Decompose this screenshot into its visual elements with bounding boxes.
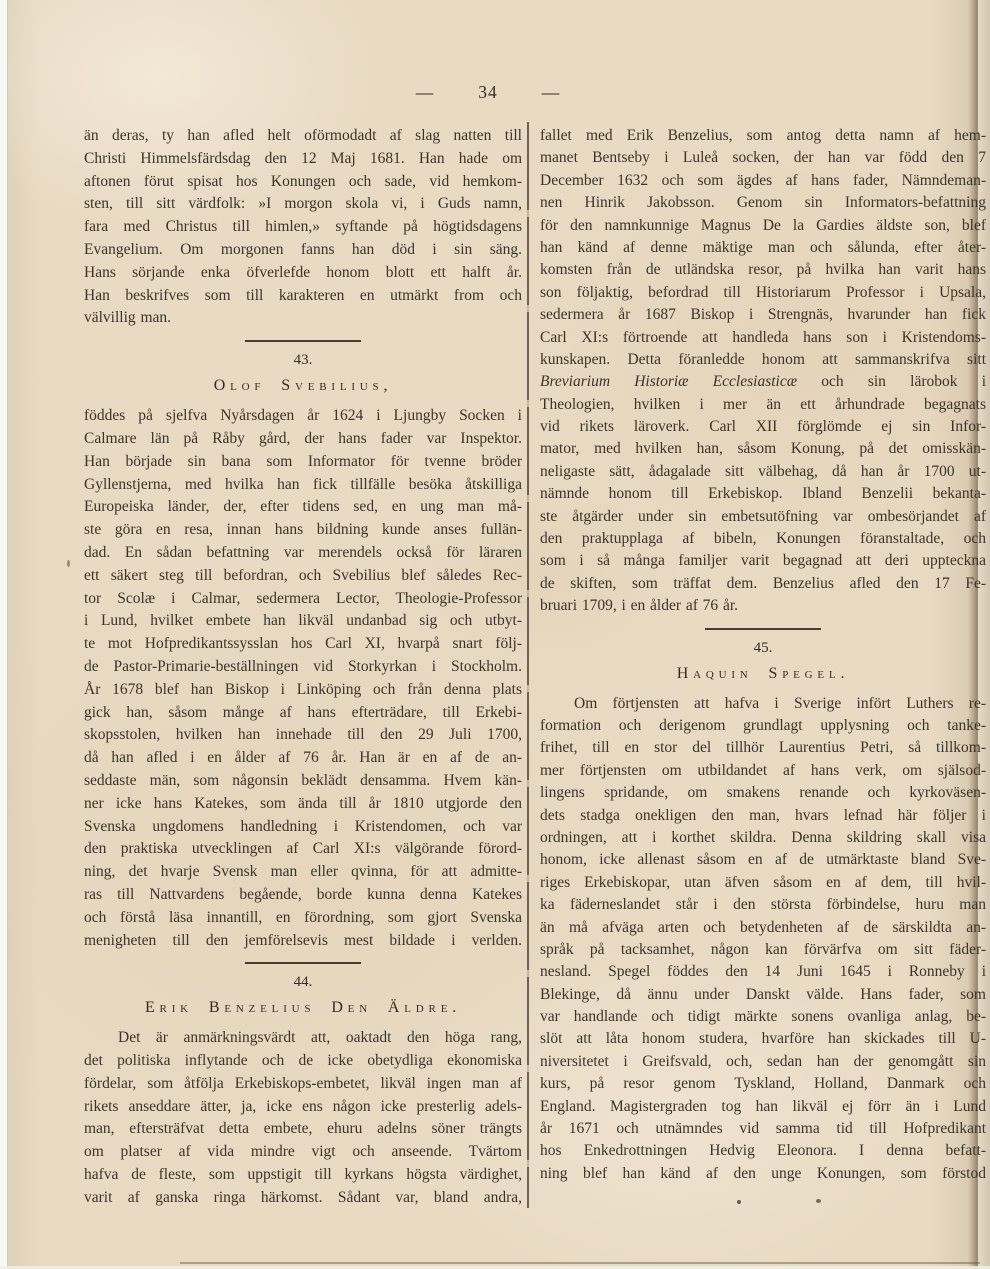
book-page-scan: — 34 — än deras, ty han afled helt oförm… xyxy=(0,0,990,1269)
text-line: Evangelium. Om morgonen fanns han död i … xyxy=(84,239,522,262)
text-line: dad. En sådan befattning var merendels o… xyxy=(84,542,522,565)
page-number: 34 xyxy=(478,82,498,103)
text-line: nen Hinrik Jakobsson. Genom sin Informat… xyxy=(540,192,986,214)
text-line: den praktiska utvecklingen af Carl XI:s … xyxy=(84,838,522,861)
text-line: sedermera år 1687 Biskop i Strengnäs, hv… xyxy=(540,304,986,326)
text-line: hafva de fleste, som uppstigit till kyrk… xyxy=(84,1164,522,1187)
text-line: neligaste sätt, ådagalade sitt välbehag,… xyxy=(540,461,986,483)
text-line: de Pastor-Primarie-beställningen vid Sto… xyxy=(84,656,522,679)
text-line: kurs, på resor genom Tyskland, Holland, … xyxy=(540,1073,986,1095)
text-line: ordningen, att i korthet skildra. Denna … xyxy=(540,827,986,849)
text-line: i Lund, hvilket embete han likväl undanb… xyxy=(84,610,522,633)
text-line: Christi Himmelsfärdsdag den 12 Maj 1681.… xyxy=(84,148,522,171)
paragraph: Det är anmärkningsvärdt att, oaktadt den… xyxy=(84,1027,522,1209)
paragraph: än deras, ty han afled helt oförmodadt a… xyxy=(84,125,522,330)
text-line: seddaste män, som någonsin beklädt densa… xyxy=(84,770,522,793)
scan-left-edge xyxy=(0,0,8,1269)
text-line: ste åtgärder under sin embetsutöfning va… xyxy=(540,506,986,528)
page-header-dash-right: — xyxy=(542,84,561,101)
text-line: fördelar, som åtfölja Erkebiskops-embete… xyxy=(84,1073,522,1096)
section-number: 44. xyxy=(84,972,522,992)
text-line: ras till Nattvardens begående, borde kun… xyxy=(84,884,522,907)
text-line: Blekinge, då ännu under Danskt välde. Ha… xyxy=(540,984,986,1006)
text-line: formation och derigenom grundlagt upplys… xyxy=(540,715,986,737)
text-line: han känd af denne mäktige man och sålund… xyxy=(540,237,986,259)
text-line: Om förtjensten att hafva i Sverige inför… xyxy=(540,693,986,715)
section-heading: Erik Benzelius Den Äldre. xyxy=(84,997,522,1018)
text-line: honom, icke allenast såsom en af de utmä… xyxy=(540,849,986,871)
section-number: 43. xyxy=(84,350,522,370)
text-line: hos Enkedrottningen Hedvig Eleonora. I d… xyxy=(540,1140,986,1162)
text-line: om platser af vida mindre vigt och ansee… xyxy=(84,1141,522,1164)
text-line: mer förtjensten om utbildandet af hans v… xyxy=(540,760,986,782)
text-line: skopsstolen, hvilken han innehade till d… xyxy=(84,724,522,747)
page-header-dash-left: — xyxy=(416,84,435,101)
section-number: 45. xyxy=(540,638,986,658)
text-line: Svenska ungdomens handledning i Kristend… xyxy=(84,816,522,839)
text-line: dets stadga onekligen den man, hvars lef… xyxy=(540,805,986,827)
text-line: Breviarium Historiæ Ecclesiasticæ och si… xyxy=(540,371,986,393)
section-divider-rule xyxy=(705,628,821,630)
text-line: man, eftersträfvat detta embete, ehuru a… xyxy=(84,1118,522,1141)
text-line: nesland. Spegel föddes den 14 Juni 1645 … xyxy=(540,961,986,983)
text-column-left: än deras, ty han afled helt oförmodadt a… xyxy=(84,125,522,1210)
paragraph: föddes på sjelfva Nyårsdagen år 1624 i L… xyxy=(84,405,522,952)
text-line: gick han, såsom månge af hans efterträda… xyxy=(84,702,522,725)
text-line: Carl XI:s förtroende att handleda hans s… xyxy=(540,327,986,349)
text-line: Han började sin bana som Informator för … xyxy=(84,451,522,474)
text-line: Han beskrifves som till karakteren en ut… xyxy=(84,285,522,308)
text-line: England. Magistergraden tog han likväl e… xyxy=(540,1096,986,1118)
text-line: Hans sörjande enka öfverlefde honom blot… xyxy=(84,262,522,285)
text-line: Europeiska länder, der, efter tidens sed… xyxy=(84,496,522,519)
text-line: föddes på sjelfva Nyårsdagen år 1624 i L… xyxy=(84,405,522,428)
text-line: frihet, till en stor del tillhör Laurent… xyxy=(540,737,986,759)
section-divider-rule xyxy=(245,340,361,342)
section-heading: Olof Svebilius, xyxy=(84,375,522,396)
text-line: lingens spridande, om smakens renande oc… xyxy=(540,782,986,804)
text-line: Theologien, hvilken i mer än ett århundr… xyxy=(540,394,986,416)
text-line: tor Scolæ i Calmar, sedermera Lector, Th… xyxy=(84,588,522,611)
text-line: vid rikets läroverk. Carl XII förglömde … xyxy=(540,416,986,438)
text-line: År 1678 blef han Biskop i Linköping och … xyxy=(84,679,522,702)
text-column-right: fallet med Erik Benzelius, som antog det… xyxy=(540,125,986,1185)
text-line: det politiska inflytande och de icke obe… xyxy=(84,1050,522,1073)
text-line: välvillig man. xyxy=(84,307,522,330)
text-line: var handlande och tidigt märkte sonens o… xyxy=(540,1006,986,1028)
text-line: bruari 1709, i en ålder af 76 år. xyxy=(540,595,986,617)
text-line: ste göra en resa, innan hans bildning ku… xyxy=(84,519,522,542)
text-line: än må afväga arten och betydenheten af d… xyxy=(540,917,986,939)
text-line: menigheten till den jemförelsevis mest b… xyxy=(84,930,522,953)
text-line: manet Bentseby i Luleå socken, der han v… xyxy=(540,147,986,169)
text-line: rikets anseddare ätter, ja, icke ens någ… xyxy=(84,1096,522,1119)
paragraph: Om förtjensten att hafva i Sverige inför… xyxy=(540,693,986,1186)
text-line: Calmare län på Råby gård, der hans fader… xyxy=(84,428,522,451)
text-line: den praktupplaga af bibeln, Konungen för… xyxy=(540,528,986,550)
text-line: nämnde honom till Erkebiskop. Ibland Ben… xyxy=(540,483,986,505)
text-line: riges Erkebiskopar, utan äfven såsom en … xyxy=(540,872,986,894)
text-line: niversitetet i Greifsvald, och, sedan ha… xyxy=(540,1051,986,1073)
text-line: ning, det hvarje Svensk man eller qvinna… xyxy=(84,861,522,884)
text-line: ett säkert steg till befordran, och Sveb… xyxy=(84,565,522,588)
text-line: ka fäderneslandet står i den största för… xyxy=(540,894,986,916)
text-line: ning blef han känd af den unge Konungen,… xyxy=(540,1163,986,1185)
text-line: Det är anmärkningsvärdt att, oaktadt den… xyxy=(84,1027,522,1050)
page-bottom-edge-line xyxy=(180,1262,980,1264)
text-line: år 1671 och utnämndes vid samma tid till… xyxy=(540,1118,986,1140)
text-line: som i så många familjer varit begagnad a… xyxy=(540,550,986,572)
text-line: för den namnkunnige Magnus De la Gardies… xyxy=(540,215,986,237)
text-line: aftonen förut spisat hos Konungen och sa… xyxy=(84,171,522,194)
paragraph: fallet med Erik Benzelius, som antog det… xyxy=(540,125,986,618)
text-line: mator, med hvilken han, såsom Konung, på… xyxy=(540,438,986,460)
ink-speck xyxy=(737,1200,741,1204)
text-line: komsten från de utländska resor, på hvil… xyxy=(540,259,986,281)
page-header: — 34 — xyxy=(0,82,976,103)
text-line: ner icke hans Katekes, som ända till år … xyxy=(84,793,522,816)
ink-speck xyxy=(67,560,70,567)
ink-speck xyxy=(816,1199,821,1203)
text-line: sten, till sitt värdfolk: »I morgon skol… xyxy=(84,193,522,216)
text-line: än deras, ty han afled helt oförmodadt a… xyxy=(84,125,522,148)
text-line: då han afled i en ålder af 76 år. Han är… xyxy=(84,747,522,770)
text-line: och förstå läsa innantill, en förordning… xyxy=(84,907,522,930)
text-line: fallet med Erik Benzelius, som antog det… xyxy=(540,125,986,147)
section-heading: Haquin Spegel. xyxy=(540,663,986,684)
text-line: språk på tacksamhet, någon kan förvärfva… xyxy=(540,939,986,961)
section-divider-rule xyxy=(245,962,361,964)
text-line: December 1632 och som ägdes af hans fade… xyxy=(540,170,986,192)
column-divider-rule xyxy=(527,122,529,1208)
text-line: son följaktig, befordrad till Historiaru… xyxy=(540,282,986,304)
text-line: slöt att låta honom studera, hvarföre ha… xyxy=(540,1028,986,1050)
text-line: de skiften, som träffat dem. Benzelius a… xyxy=(540,573,986,595)
text-line: fara med Christus till himlen,» syftande… xyxy=(84,216,522,239)
text-line: varit af ganska ringa härkomst. Sådant v… xyxy=(84,1187,522,1210)
text-line: Gyllenstjerna, med hvilka han fick tillf… xyxy=(84,474,522,497)
text-line: kunskapen. Detta föranledde honom att sa… xyxy=(540,349,986,371)
text-line: te mot Hofpredikantssysslan hos Carl XI,… xyxy=(84,633,522,656)
